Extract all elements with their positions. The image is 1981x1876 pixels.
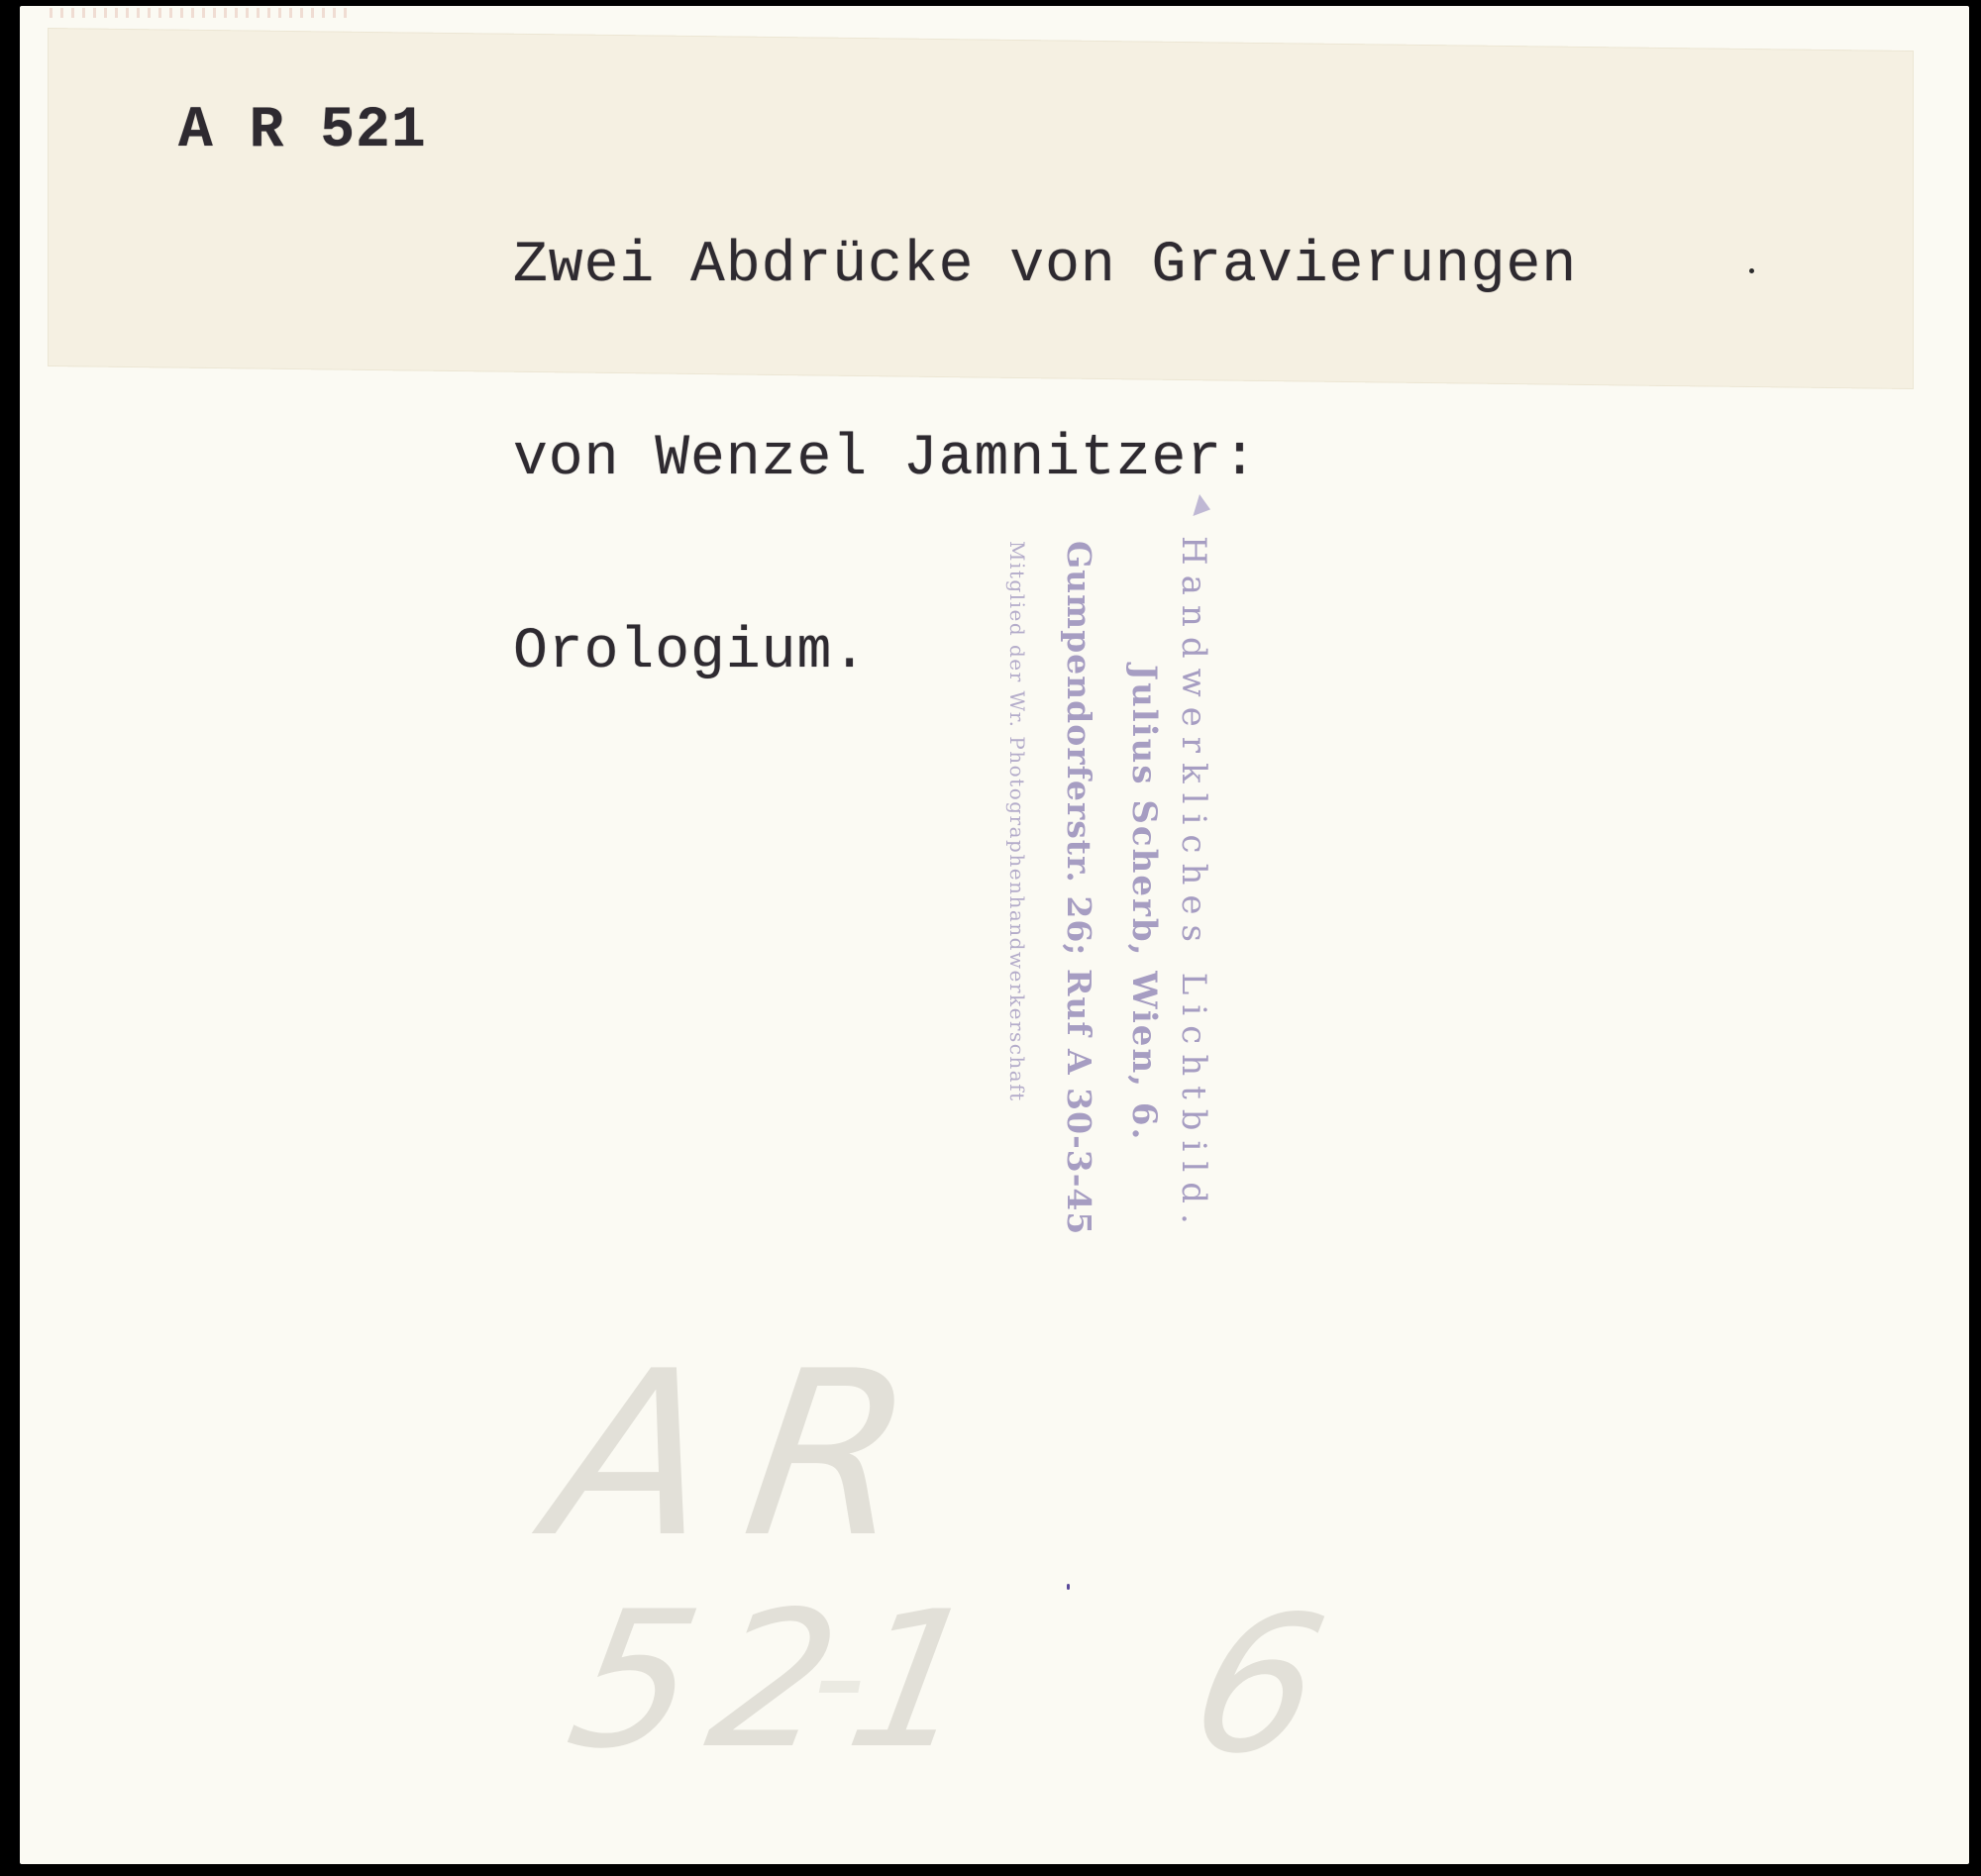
stamp-line-3: Gumpendorferstr. 26; Ruf A 30-3-45 [1060,541,1098,1235]
stamp-line-4: Mitglied der Wr. Photographenhandwerkers… [1005,541,1029,1102]
description-line-1: Zwei Abdrücke von Gravierungen [513,234,1577,298]
stamp-line-1: Handwerkliches Lichtbild. [1174,536,1213,1234]
archive-card: A R 521 Zwei Abdrücke von Gravierungen v… [20,6,1969,1864]
stamp-ornament-icon [1189,494,1210,516]
photographer-stamp: Handwerkliches Lichtbild. Julius Scherb,… [966,486,1263,1259]
pencil-note-number: 521 [556,1571,1013,1790]
stamp-line-2: Julius Scherb, Wien, 6. [1124,665,1164,1141]
ink-speck [1067,1584,1070,1590]
description-line-2: von Wenzel Jamnitzer: [513,427,1577,491]
pencil-note-suffix: 6 [1176,1576,1342,1795]
stray-dot [1749,268,1754,273]
pencil-note-separator: - [812,1591,866,1763]
foxing-stains [50,8,347,18]
typed-label: A R 521 Zwei Abdrücke von Gravierungen v… [48,28,1914,389]
pencil-note-ar: AR [536,1323,967,1588]
catalog-number: A R 521 [178,99,427,163]
